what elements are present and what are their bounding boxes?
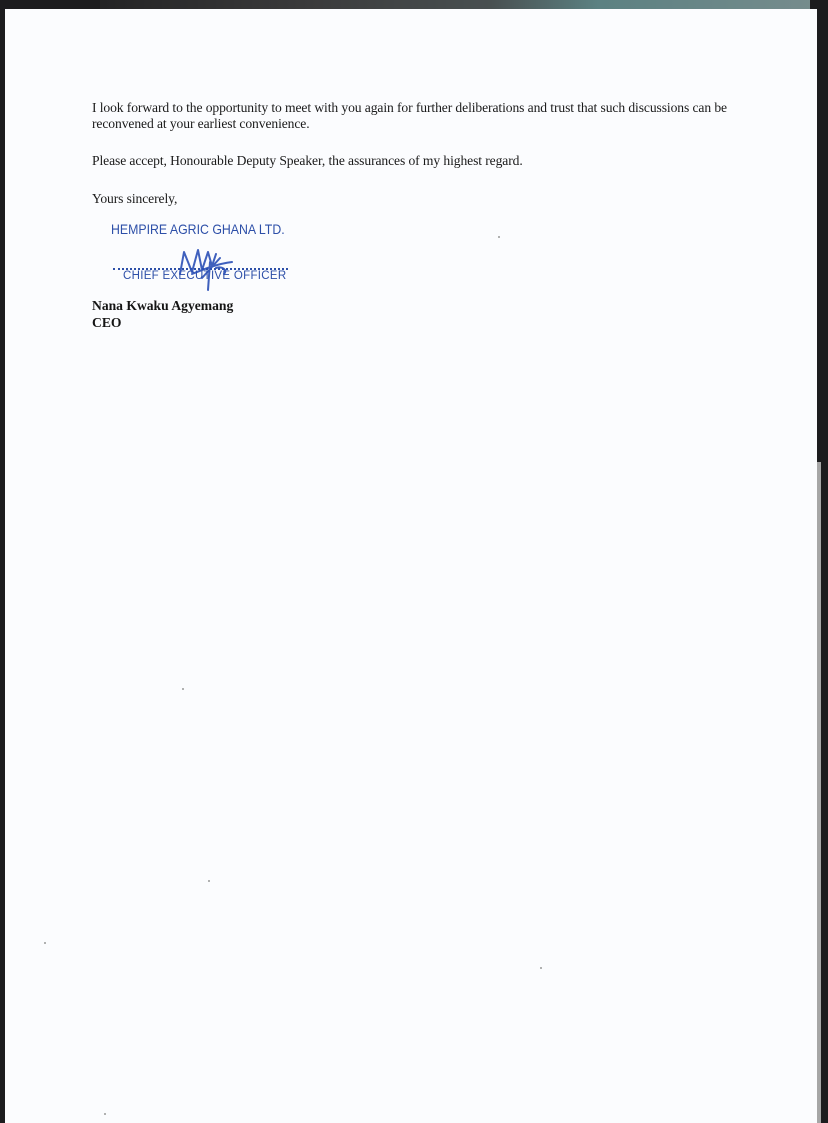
closing-paragraph: I look forward to the opportunity to mee… xyxy=(92,100,732,132)
valediction: Yours sincerely, xyxy=(92,191,177,207)
scan-edge xyxy=(100,0,810,9)
scan-speck xyxy=(498,236,500,238)
scrollbar[interactable] xyxy=(817,462,821,1123)
courtesy-line: Please accept, Honourable Deputy Speaker… xyxy=(92,153,523,169)
scan-speck xyxy=(182,688,184,690)
signature-icon xyxy=(172,244,242,296)
document-page xyxy=(5,9,817,1123)
scan-speck xyxy=(208,880,210,882)
scan-speck xyxy=(44,942,46,944)
scan-speck xyxy=(540,967,542,969)
signatory-role: CEO xyxy=(92,315,121,331)
company-stamp: HEMPIRE AGRIC GHANA LTD. xyxy=(111,221,285,237)
signatory-name: Nana Kwaku Agyemang xyxy=(92,298,233,314)
scan-speck xyxy=(104,1113,106,1115)
